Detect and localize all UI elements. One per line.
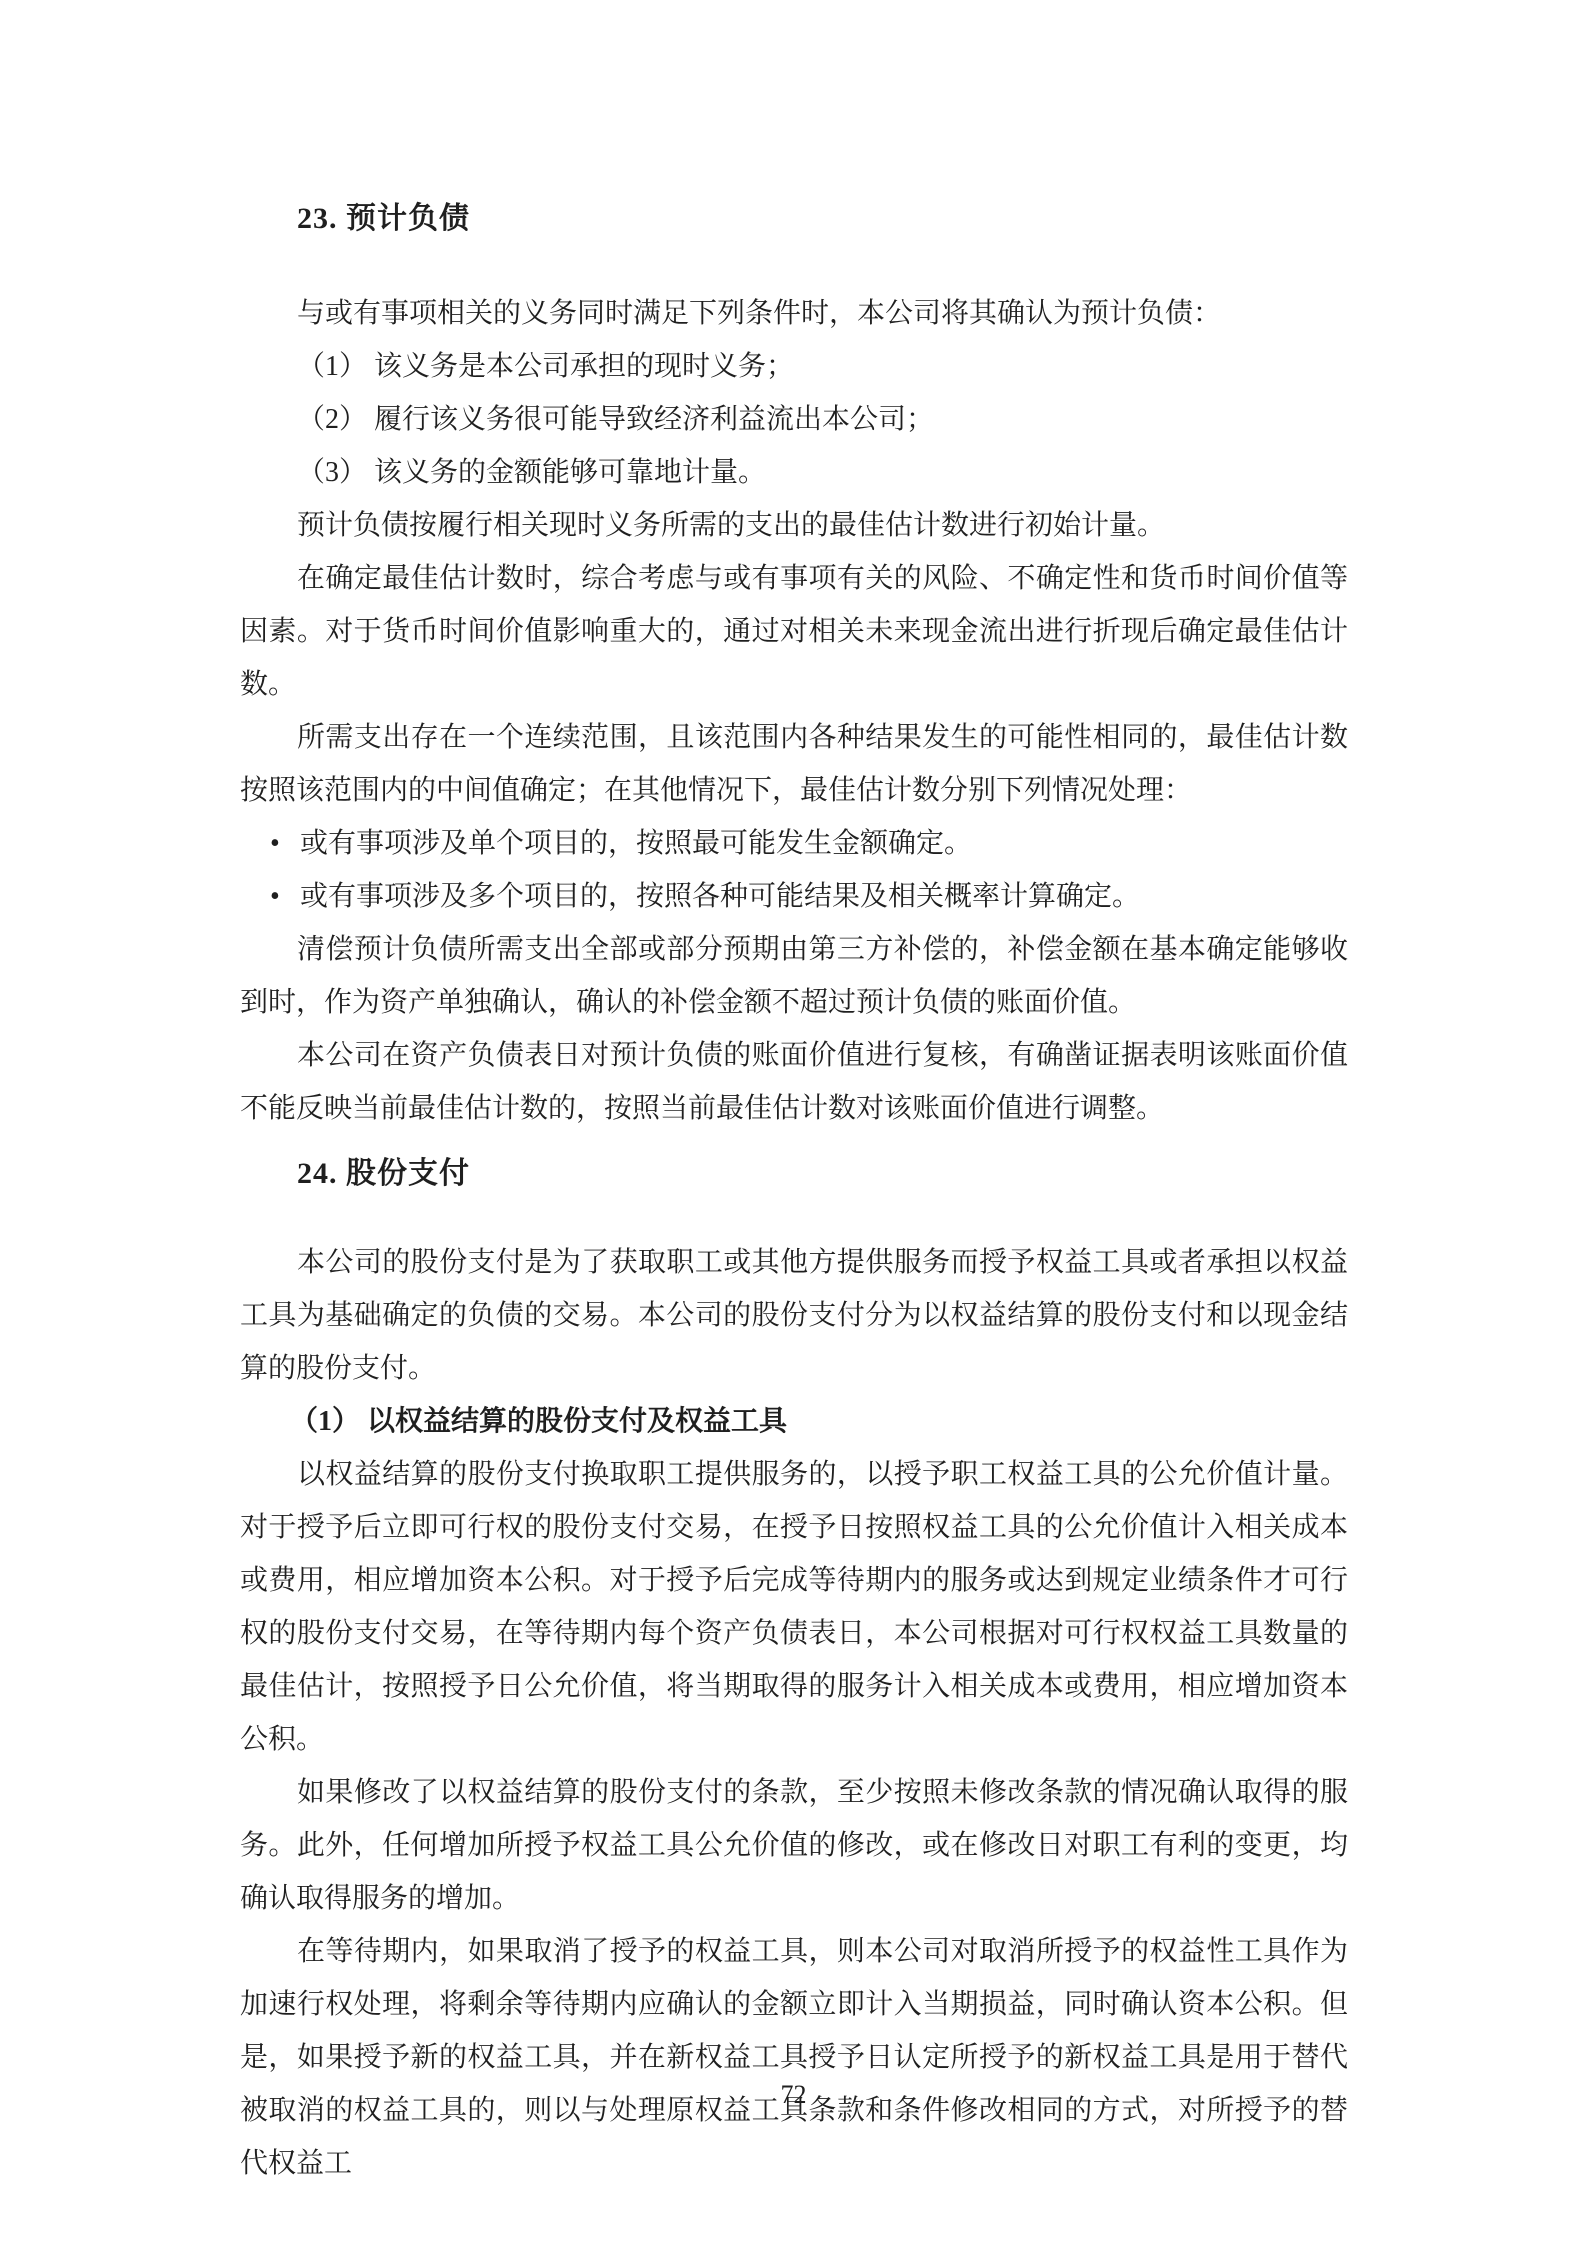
paragraph: 清偿预计负债所需支出全部或部分预期由第三方补偿的，补偿金额在基本确定能够收到时，…	[240, 923, 1348, 1029]
paragraph: 在确定最佳估计数时，综合考虑与或有事项有关的风险、不确定性和货币时间价值等因素。…	[240, 552, 1348, 711]
bullet-item: • 或有事项涉及单个项目的，按照最可能发生金额确定。	[240, 817, 1348, 870]
paragraph: 在等待期内，如果取消了授予的权益工具，则本公司对取消所授予的权益性工具作为加速行…	[240, 1925, 1348, 2190]
bullet-item-text: 或有事项涉及多个项目的，按照各种可能结果及相关概率计算确定。	[300, 881, 1140, 912]
document-page: 23. 预计负债 与或有事项相关的义务同时满足下列条件时，本公司将其确认为预计负…	[0, 0, 1587, 2245]
bullet-icon: •	[270, 870, 280, 923]
list-item: （3） 该义务的金额能够可靠地计量。	[240, 446, 1348, 499]
paragraph: 如果修改了以权益结算的股份支付的条款，至少按照未修改条款的情况确认取得的服务。此…	[240, 1766, 1348, 1925]
bullet-item-text: 或有事项涉及单个项目的，按照最可能发生金额确定。	[300, 828, 972, 859]
page-number: 72	[0, 2080, 1587, 2110]
list-item: （2） 履行该义务很可能导致经济利益流出本公司；	[240, 393, 1348, 446]
list-item: （1） 该义务是本公司承担的现时义务；	[240, 340, 1348, 393]
subsection-heading: （1） 以权益结算的股份支付及权益工具	[240, 1395, 1348, 1448]
section-heading-23: 23. 预计负债	[240, 192, 1348, 245]
bullet-item: • 或有事项涉及多个项目的，按照各种可能结果及相关概率计算确定。	[240, 870, 1348, 923]
paragraph: 预计负债按履行相关现时义务所需的支出的最佳估计数进行初始计量。	[240, 499, 1348, 552]
section-heading-24: 24. 股份支付	[240, 1147, 1348, 1200]
paragraph: 以权益结算的股份支付换取职工提供服务的，以授予职工权益工具的公允价值计量。对于授…	[240, 1448, 1348, 1766]
paragraph: 所需支出存在一个连续范围，且该范围内各种结果发生的可能性相同的，最佳估计数按照该…	[240, 711, 1348, 817]
page-content: 23. 预计负债 与或有事项相关的义务同时满足下列条件时，本公司将其确认为预计负…	[240, 192, 1348, 2190]
paragraph: 本公司在资产负债表日对预计负债的账面价值进行复核，有确凿证据表明该账面价值不能反…	[240, 1029, 1348, 1135]
paragraph: 本公司的股份支付是为了获取职工或其他方提供服务而授予权益工具或者承担以权益工具为…	[240, 1236, 1348, 1395]
bullet-icon: •	[270, 817, 280, 870]
paragraph: 与或有事项相关的义务同时满足下列条件时，本公司将其确认为预计负债：	[240, 287, 1348, 340]
